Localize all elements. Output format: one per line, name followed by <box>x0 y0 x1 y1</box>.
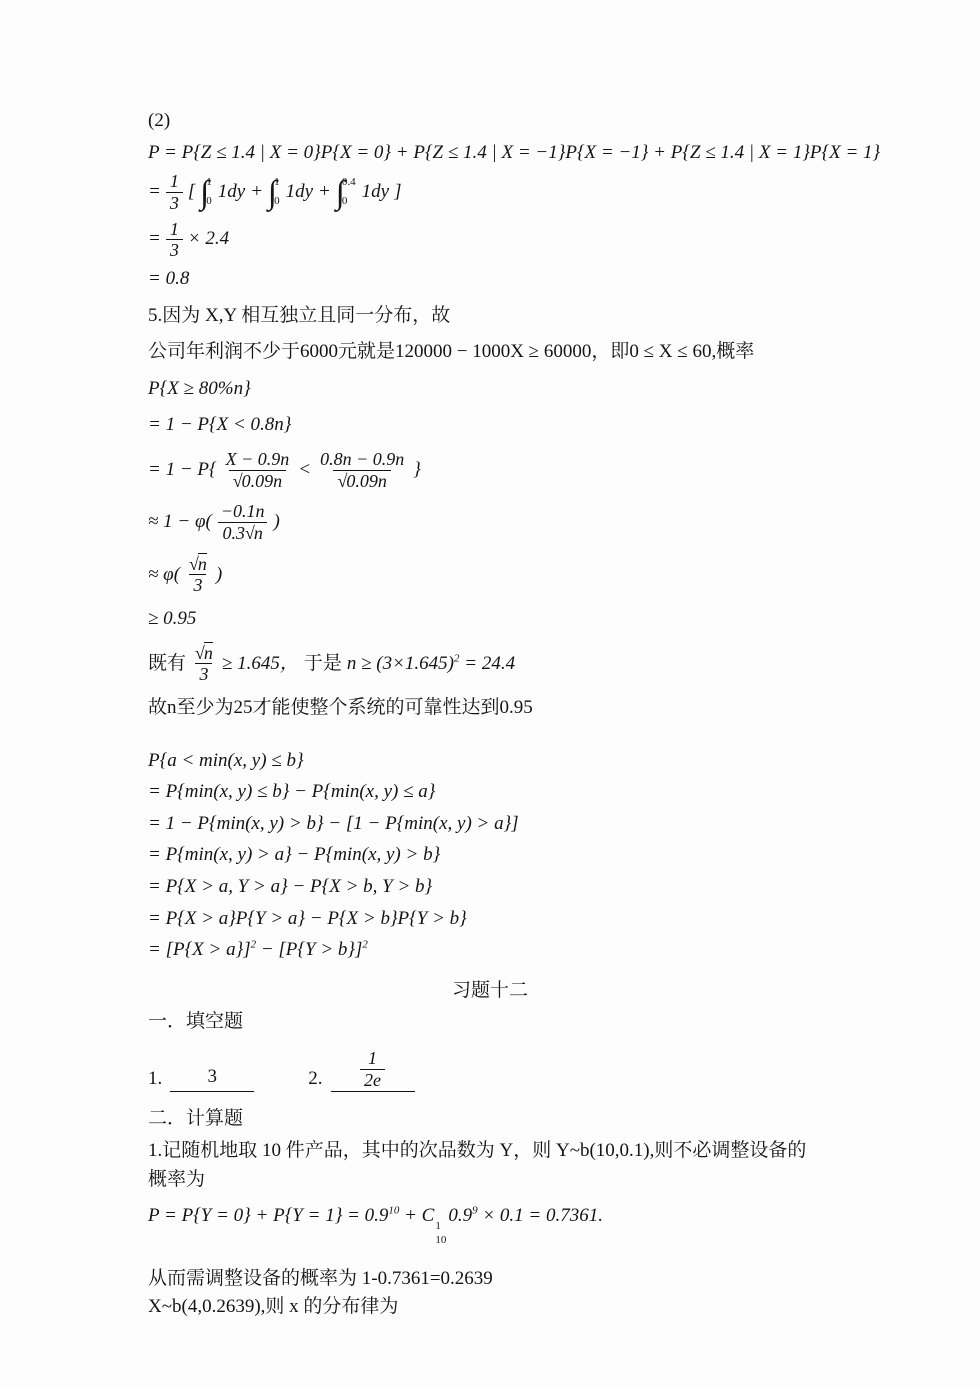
part5-prob-statement: P{X ≥ 80%n} <box>148 376 944 403</box>
fraction-standardized-x: X − 0.9n√0.09n <box>222 449 294 491</box>
blank-2-answer: 12e <box>331 1046 415 1092</box>
step-suffix: ) <box>216 562 222 589</box>
step-suffix: } <box>413 457 421 484</box>
integrand-2: 1dy <box>286 179 313 206</box>
blank-1-value: 3 <box>208 1066 218 1087</box>
distribution-law-note: X~b(4,0.2639),则 x 的分布律为 <box>148 1294 944 1321</box>
fraction-denominator: 3 <box>195 663 212 685</box>
exercise-12-title: 习题十二 <box>0 978 980 1005</box>
squared-term-2: − [P{Y > b}] <box>261 939 363 960</box>
open-bracket: [ <box>188 179 195 206</box>
radicand: n <box>198 553 207 574</box>
integral-1: ∫10 <box>200 176 213 209</box>
fraction-denominator: 3 <box>166 239 183 261</box>
fraction-numerator: √n <box>185 554 211 575</box>
exponent: 2 <box>251 939 257 951</box>
fraction-phi-arg: −0.1n0.3√n <box>217 501 269 543</box>
fraction-sqrt-n-over-3: √n3 <box>185 554 211 596</box>
squared-term-1: = [P{X > a}] <box>148 939 251 960</box>
fraction-denominator: 3 <box>166 192 183 214</box>
fraction-numerator: X − 0.9n <box>222 449 294 470</box>
close-bracket: ] <box>394 179 401 206</box>
square-root: √0.09n <box>337 471 386 491</box>
fraction-denominator: √0.09n <box>229 470 286 492</box>
adjustment-probability-note: 从而需调整设备的概率为 1-0.7361=0.2639 <box>148 1266 944 1293</box>
step-prefix: ≈ φ( <box>148 562 180 589</box>
fraction-one-third: 13 <box>166 219 183 261</box>
fraction-one-third: 13 <box>166 171 183 213</box>
formula-result: × 0.1 = 0.7361. <box>482 1205 603 1226</box>
blank-1-label: 1. <box>148 1066 162 1093</box>
square-root: √n <box>245 523 263 543</box>
integral-icon: ∫ <box>268 177 277 210</box>
part2-times-equation: = 13 × 2.4 <box>148 219 944 261</box>
radicand: n <box>254 522 263 543</box>
min-derivation-line-1: P{a < min(x, y) ≤ b} <box>148 748 944 775</box>
integrand-3: 1dy <box>362 179 389 206</box>
fraction-one-over-2e: 12e <box>360 1048 385 1090</box>
fraction-bound: 0.8n − 0.9n√0.09n <box>316 449 408 491</box>
coefficient: 0.3 <box>222 523 245 543</box>
question-1-formula: P = P{Y = 0} + P{Y = 1} = 0.910 + C1100.… <box>148 1203 944 1248</box>
fraction-numerator: √n <box>191 643 217 664</box>
integrand-1: 1dy <box>218 179 245 206</box>
exponent: 2 <box>362 939 368 951</box>
fraction-sqrt-n-over-3: √n3 <box>191 643 217 685</box>
formula-prefix: P = P{Y = 0} + P{Y = 1} = 0.9 <box>148 1205 388 1226</box>
integral-2: ∫10 <box>268 176 281 209</box>
part5-phi-simplified-step: ≈ φ( √n3 ) <box>148 554 944 596</box>
part5-standardize-step: = 1 − P{ X − 0.9n√0.09n < 0.8n − 0.9n√0.… <box>148 449 944 491</box>
radicand: 0.09n <box>242 470 283 491</box>
min-derivation-line-6: = P{X > a}P{Y > a} − P{X > b}P{Y > b} <box>148 906 944 933</box>
question-1-text-line-2: 概率为 <box>148 1167 944 1194</box>
radicand: n <box>204 642 213 663</box>
fraction-numerator: 0.8n − 0.9n <box>316 449 408 470</box>
part2-label: (2) <box>148 108 944 135</box>
plus-sign: + <box>318 179 331 206</box>
times-term: × 2.4 <box>188 226 229 253</box>
plus-sign: + <box>250 179 263 206</box>
part2-result: = 0.8 <box>148 266 944 293</box>
question-1-text-line-1: 1.记随机地取 10 件产品，其中的次品数为 Y，则 Y~b(10,0.1),则… <box>148 1138 944 1165</box>
fraction-denominator: 3 <box>189 574 206 596</box>
part5-step-1: = 1 − P{X < 0.8n} <box>148 412 944 439</box>
exponent: 10 <box>388 1205 399 1217</box>
part5-profit-statement: 公司年利润不少于6000元就是120000 − 1000X ≥ 60000，即0… <box>148 339 944 366</box>
min-derivation-line-2: = P{min(x, y) ≤ b} − P{min(x, y) ≤ a} <box>148 779 944 806</box>
part2-main-equation: P = P{Z ≤ 1.4 | X = 0}P{X = 0} + P{Z ≤ 1… <box>148 140 944 167</box>
step-suffix: ) <box>274 509 280 536</box>
fraction-denominator: 2e <box>360 1069 385 1091</box>
square-root: √0.09n <box>233 471 282 491</box>
section-1-heading: 一．填空题 <box>148 1009 944 1036</box>
section-2-heading: 二．计算题 <box>148 1106 944 1133</box>
fraction-numerator: −0.1n <box>217 501 269 522</box>
exponent: 9 <box>472 1205 478 1217</box>
blank-1-answer: 3 <box>170 1064 254 1093</box>
min-derivation-line-5: = P{X > a, Y > a} − P{X > b, Y > b} <box>148 874 944 901</box>
equals-sign: = <box>148 179 161 206</box>
formula-base: 0.9 <box>448 1205 472 1226</box>
combination-lower: 10 <box>435 1234 446 1248</box>
conclusion-connector: 于是 <box>304 651 342 678</box>
square-root: √n <box>189 554 207 574</box>
part5-phi-step: ≈ 1 − φ( −0.1n0.3√n ) <box>148 501 944 543</box>
equals-sign: = <box>148 226 161 253</box>
integral-icon: ∫ <box>336 177 345 210</box>
integral-3: ∫0.40 <box>336 176 357 209</box>
part5-intro: 5.因为 X,Y 相互独立且同一分布，故 <box>148 303 944 330</box>
n-bound-expression: n ≥ (3×1.645)2 = 24.4 <box>347 651 515 678</box>
fill-in-blanks-row: 1. 3 2. 12e <box>148 1046 944 1092</box>
min-derivation-line-3: = 1 − P{min(x, y) > b} − [1 − P{min(x, y… <box>148 811 944 838</box>
fraction-denominator: 0.3√n <box>218 522 266 544</box>
formula-mid: + C <box>404 1205 434 1226</box>
fraction-numerator: 1 <box>166 219 183 240</box>
step-prefix: ≈ 1 − φ( <box>148 509 212 536</box>
less-than-sign: < <box>298 457 311 484</box>
radicand: 0.09n <box>346 470 387 491</box>
fraction-denominator: √0.09n <box>333 470 390 492</box>
integral-icon: ∫ <box>200 177 209 210</box>
part5-inequality: ≥ 0.95 <box>148 606 944 633</box>
fraction-numerator: 1 <box>166 171 183 192</box>
conclusion-prefix: 既有 <box>148 651 186 678</box>
combination-upper: 1 <box>435 1220 441 1234</box>
part5-solve-n-line: 既有 √n3 ≥ 1.645， 于是 n ≥ (3×1.645)2 = 24.4 <box>148 643 944 685</box>
document-page: (2) P = P{Z ≤ 1.4 | X = 0}P{X = 0} + P{Z… <box>0 0 980 1356</box>
expression-result: = 24.4 <box>464 653 515 674</box>
part2-integral-equation: = 13 [ ∫10 1dy + ∫10 1dy + ∫0.40 1dy ] <box>148 171 944 213</box>
combination-limits: 110 <box>435 1220 446 1248</box>
min-derivation-line-4: = P{min(x, y) > a} − P{min(x, y) > b} <box>148 842 944 869</box>
min-derivation-line-7: = [P{X > a}]2 − [P{Y > b}]2 <box>148 937 944 964</box>
step-prefix: = 1 − P{ <box>148 457 217 484</box>
part5-conclusion: 故n至少为25才能使整个系统的可靠性达到0.95 <box>148 695 944 722</box>
inequality-mid: ≥ 1.645， <box>222 651 299 678</box>
square-root: √n <box>195 643 213 663</box>
blank-2-label: 2. <box>308 1066 322 1093</box>
exponent: 2 <box>454 652 460 664</box>
expression-base: n ≥ (3×1.645) <box>347 653 454 674</box>
fraction-numerator: 1 <box>364 1048 381 1069</box>
